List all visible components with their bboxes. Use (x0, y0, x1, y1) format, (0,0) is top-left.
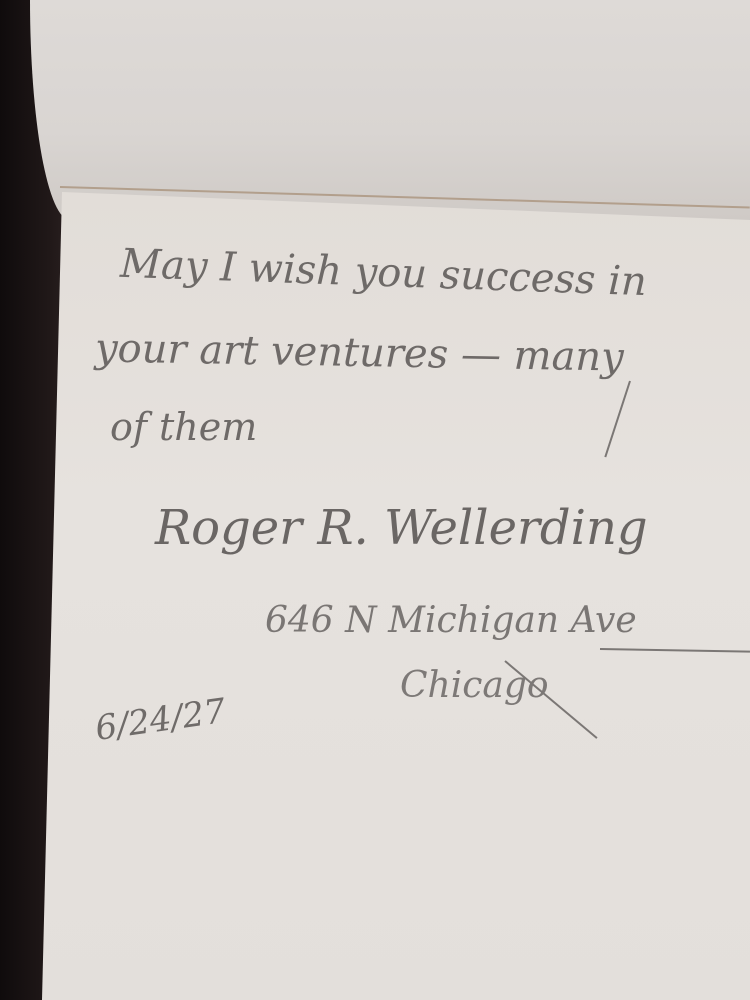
lower-page (42, 192, 750, 1000)
inscription-line-3: of them (110, 405, 257, 449)
address-line: 646 N Michigan Ave (265, 600, 637, 641)
signature: Roger R. Wellerding (155, 500, 648, 556)
inscription-line-2: your art ventures — many (95, 325, 625, 380)
city-line: Chicago (400, 665, 549, 706)
upper-page (30, 0, 750, 220)
